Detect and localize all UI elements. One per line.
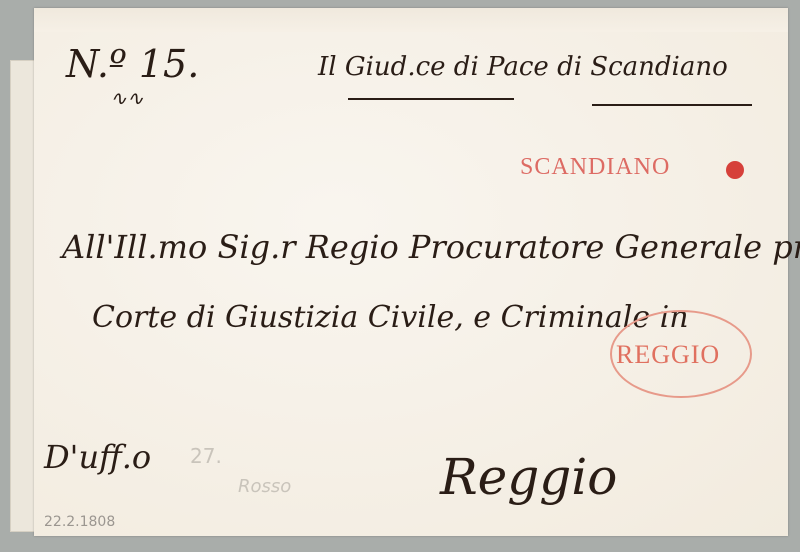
address-line-2: Corte di Giustizia Civile, e Criminale i… (92, 300, 689, 335)
sender-underline-right (592, 104, 752, 106)
postmark-dot (726, 161, 744, 179)
sender-line: Il Giud.ce di Pace di Scandiano (318, 52, 728, 82)
top-fold (34, 8, 788, 32)
number-mark: N.º 15. (66, 42, 199, 86)
destination-city: Reggio (440, 448, 617, 506)
pencil-note-1: 27. (190, 444, 222, 468)
pencil-note-2: Rosso (238, 476, 291, 497)
address-line-1: All'Ill.mo Sig.r Regio Procuratore Gener… (62, 228, 800, 266)
flourish: ∿∿ (110, 86, 144, 110)
service-note: D'uff.o (44, 438, 151, 476)
date-stamp: 22.2.1808 (44, 514, 115, 530)
sender-underline-left (348, 98, 514, 100)
origin-postmark: SCANDIANO (520, 154, 670, 181)
destination-postmark: REGGIO (616, 340, 720, 370)
